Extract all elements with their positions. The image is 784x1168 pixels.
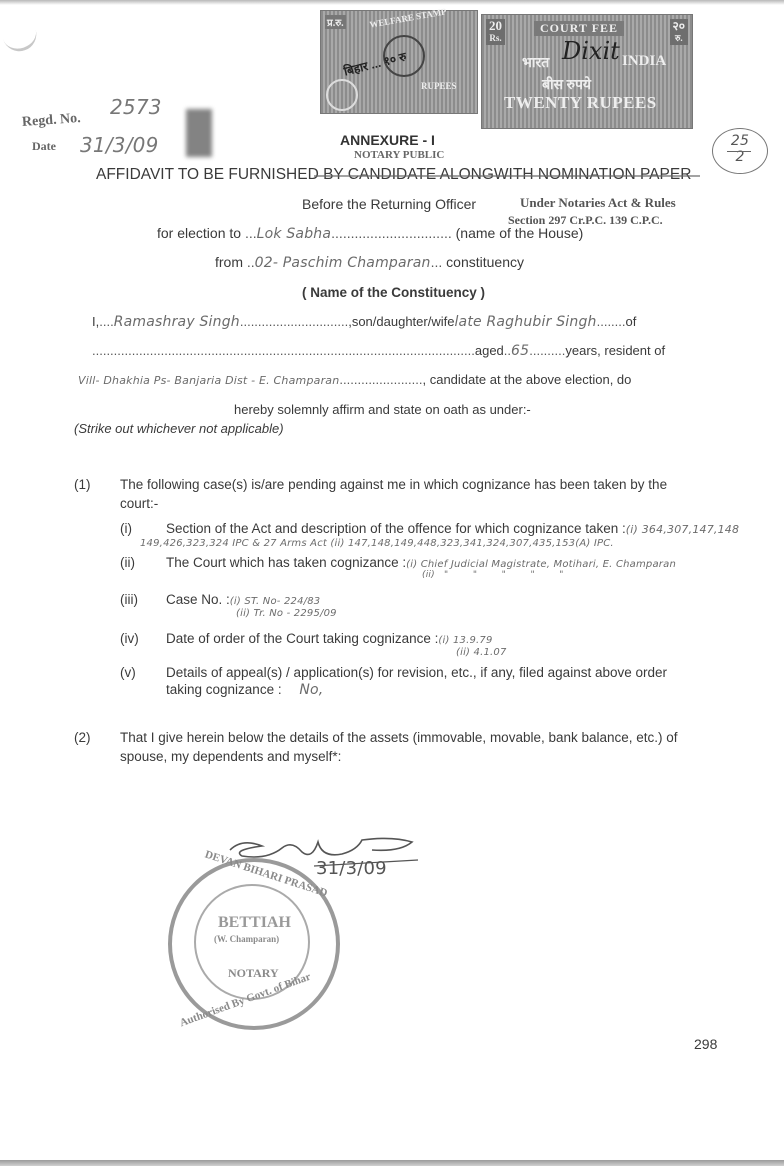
item-iv-label: Date of order of the Court taking cogniz… [166, 631, 493, 646]
item-ii-label: The Court which has taken cognizance :(i… [166, 555, 676, 570]
dots: ... [431, 254, 443, 270]
section1-number: (1) [74, 477, 91, 492]
notary-act-line: Under Notaries Act & Rules [520, 195, 676, 211]
item-v-label-text: taking cognizance : [166, 682, 282, 697]
court-fee-country: INDIA [622, 53, 666, 70]
item-v-label-2: taking cognizance : No, [166, 682, 323, 698]
item-ii-number: (ii) [120, 555, 135, 570]
item-iii-label: Case No. :(i) ST. No- 224/83 [166, 592, 320, 607]
seal-center-2: (W. Champaran) [214, 934, 279, 944]
regd-no-value: 2573 [110, 95, 162, 119]
scan-top-edge [0, 0, 784, 5]
item-ii-value-1[interactable]: (i) Chief Judicial Magistrate, Motihari,… [406, 559, 676, 570]
dots: ........................................… [92, 343, 475, 358]
from-suffix: constituency [446, 254, 524, 270]
election-suffix: (name of the House) [456, 225, 584, 241]
welfare-stamp-value: प्र.रु. [325, 15, 346, 29]
corner-scribble [1, 23, 40, 55]
constituency-label: ( Name of the Constituency ) [302, 285, 485, 300]
registry-stamp: Regd. No. 2573 Date 31/3/09 [18, 95, 218, 165]
item-iii-value-2[interactable]: (ii) Tr. No - 2295/09 [236, 608, 337, 619]
court-fee-unit: Rs. [489, 32, 502, 44]
section2-text-2: spouse, my dependents and myself*: [120, 749, 341, 764]
court-fee-signature: Dixit [562, 37, 620, 65]
court-fee-amount-hi: बीस रुपये [542, 75, 591, 94]
before-returning-officer: Before the Returning Officer [302, 196, 476, 212]
court-fee-value-hi: २० [673, 20, 685, 32]
years-label: years, resident of [565, 343, 665, 358]
item-i-label-text: Section of the Act and description of th… [166, 521, 626, 536]
of-label: of [626, 314, 637, 329]
section1-text-2: court:- [120, 496, 158, 511]
item-iv-value-1[interactable]: (i) 13.9.79 [438, 635, 492, 646]
election-line: for election to ...Lok Sabha............… [157, 225, 583, 242]
court-fee-amount: TWENTY RUPEES [504, 93, 657, 113]
welfare-stamp: प्र.रु. WELFARE STAMP RUPEES बिहार ... १… [320, 10, 478, 114]
item-v-label: Details of appeal(s) / application(s) fo… [166, 665, 667, 680]
election-prefix: for election to [157, 225, 241, 241]
court-fee-value-right: २० रु. [670, 19, 688, 45]
dots: ....................... [339, 372, 422, 387]
registry-date-value: 31/3/09 [80, 133, 159, 157]
seal-center-3: NOTARY [228, 966, 279, 981]
item-iv-number: (iv) [120, 631, 139, 646]
section2-number: (2) [74, 730, 91, 745]
item-i-value-2[interactable]: 149,426,323,324 IPC & 27 Arms Act (ii) 1… [140, 538, 614, 549]
item-v-value[interactable]: No, [299, 682, 323, 698]
item-iv-label-text: Date of order of the Court taking cogniz… [166, 631, 438, 646]
dots: ... [245, 225, 257, 241]
candidate-text: , candidate at the above election, do [423, 372, 632, 387]
court-fee-country-hi: भारत [522, 53, 549, 72]
dots: .... [99, 314, 113, 329]
item-iii-label-text: Case No. : [166, 592, 230, 607]
welfare-stamp-rupees: RUPEES [421, 81, 457, 91]
item-v-number: (v) [120, 665, 136, 680]
court-fee-stamp: 20 Rs. COURT FEE २० रु. भारत INDIA बीस र… [481, 14, 693, 129]
item-iii-number: (iii) [120, 592, 138, 607]
address-value[interactable]: Vill- Dhakhia Ps- Banjaria Dist - E. Cha… [78, 374, 339, 387]
date-label: Date [32, 139, 56, 154]
title-strikethrough [314, 175, 700, 177]
relation-label: ,son/daughter/wife [348, 314, 454, 329]
dots: .............................. [240, 314, 348, 329]
address-line: Vill- Dhakhia Ps- Banjaria Dist - E. Cha… [78, 372, 631, 387]
dots: .. [504, 343, 511, 358]
section1-text-1: The following case(s) is/are pending aga… [120, 477, 667, 492]
item-i-label: Section of the Act and description of th… [166, 521, 739, 536]
notary-seal: DEVAN BIHARI PRASAD BETTIAH (W. Champara… [168, 858, 340, 1030]
item-ii-value-2[interactable]: (ii) " " " " " [422, 570, 564, 580]
notary-public-overlay: NOTARY PUBLIC [354, 149, 444, 161]
declarant-name-line: I,....Ramashray Singh...................… [92, 314, 636, 330]
from-line: from ..02- Paschim Champaran... constitu… [215, 254, 524, 271]
court-fee-value: 20 [489, 20, 502, 32]
item-i-value-1[interactable]: (i) 364,307,147,148 [626, 523, 739, 536]
dots: ............................... [331, 225, 452, 241]
item-ii-label-text: The Court which has taken cognizance : [166, 555, 406, 570]
regd-no-label: Regd. No. [22, 111, 82, 131]
from-prefix: from [215, 254, 243, 270]
declarant-name[interactable]: Ramashray Singh [114, 314, 240, 330]
section2-text-1: That I give herein below the details of … [120, 730, 678, 745]
item-iv-value-2[interactable]: (ii) 4.1.07 [456, 647, 507, 658]
seal-center-1: BETTIAH [218, 914, 291, 932]
dots: ........ [597, 314, 626, 329]
item-iii-value-1[interactable]: (i) ST. No- 224/83 [230, 596, 321, 607]
court-fee-title: COURT FEE [534, 21, 624, 36]
court-fee-value-left: 20 Rs. [486, 19, 505, 45]
dots: .......... [529, 343, 565, 358]
strike-note: (Strike out whichever not applicable) [74, 421, 284, 436]
page-number: 298 [694, 1036, 717, 1052]
welfare-stamp-label: WELFARE STAMP [369, 6, 447, 29]
house-name[interactable]: Lok Sabha [257, 226, 332, 242]
age-value[interactable]: 65 [511, 343, 529, 359]
affirm-text: hereby solemnly affirm and state on oath… [234, 402, 531, 417]
page-mark-divider [727, 151, 751, 152]
annexure-heading: ANNEXURE - I [340, 132, 435, 148]
page-mark: 25 2 [712, 128, 768, 174]
dots: .. [247, 254, 255, 270]
page-mark-number: 25 [713, 133, 767, 149]
aged-label: aged [475, 343, 504, 358]
scan-bottom-edge [0, 1160, 784, 1166]
age-line: ........................................… [92, 343, 665, 359]
registry-smudge [186, 109, 212, 157]
court-fee-unit-hi: रु. [673, 32, 685, 44]
wheel-icon [326, 79, 358, 111]
parent-name[interactable]: late Raghubir Singh [454, 314, 596, 330]
signature-date: 31/3/09 [316, 858, 387, 879]
constituency-name[interactable]: 02- Paschim Champaran [255, 255, 431, 271]
item-i-number: (i) [120, 521, 132, 536]
